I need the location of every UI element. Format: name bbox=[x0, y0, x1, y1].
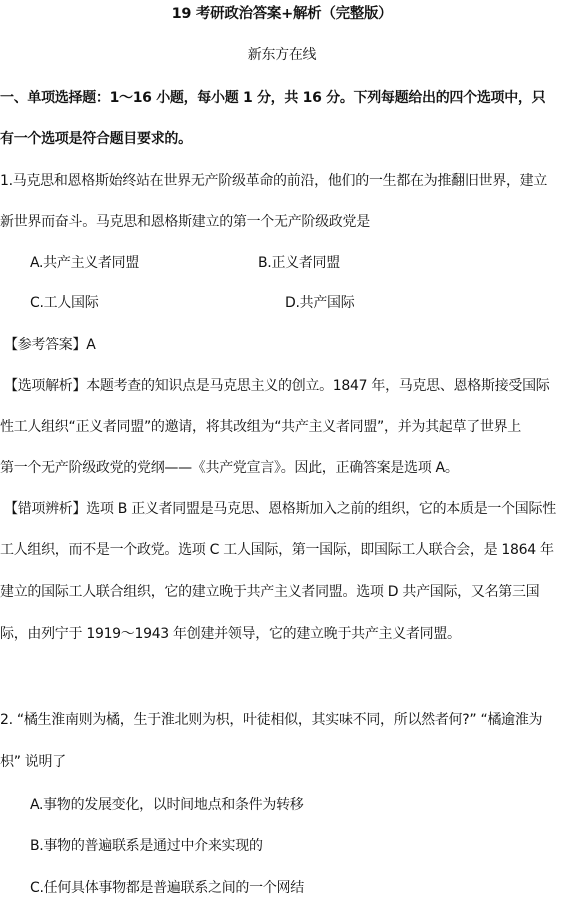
question-1-analysis-line-3: 第一个无产阶级政党的党纲——《共产党宣言》。因此，正确答案是选项 A。 bbox=[0, 459, 459, 477]
document-source: 新东方在线 bbox=[0, 46, 564, 64]
question-2-option-b: B.事物的普遍联系是通过中介来实现的 bbox=[30, 837, 263, 855]
question-2-option-a: A.事物的发展变化，以时间地点和条件为转移 bbox=[30, 796, 303, 814]
question-1-option-b: B.正义者同盟 bbox=[258, 254, 340, 272]
question-1-answer: 【参考答案】A bbox=[4, 336, 95, 354]
question-2-option-c: C.任何具体事物都是普遍联系之间的一个网结 bbox=[30, 879, 304, 897]
question-1-wrong-analysis-line-1: 【错项辨析】选项 B 正义者同盟是马克思、恩格斯加入之前的组织，它的本质是一个国… bbox=[4, 500, 556, 518]
question-1-wrong-analysis-line-2: 工人组织，而不是一个政党。选项 C 工人国际，第一国际，即国际工人联合会，是 1… bbox=[0, 541, 554, 559]
question-1-analysis-line-2: 性工人组织“正义者同盟”的邀请，将其改组为“共产主义者同盟”，并为其起草了世界上 bbox=[0, 418, 521, 436]
question-1-wrong-analysis-line-4: 际，由列宁于 1919～1943 年创建并领导，它的建立晚于共产主义者同盟。 bbox=[0, 625, 461, 643]
question-1-wrong-analysis-line-3: 建立的国际工人联合组织，它的建立晚于共产主义者同盟。选项 D 共产国际，又名第三… bbox=[0, 583, 539, 601]
question-1-stem-line-2: 新世界而奋斗。马克思和恩格斯建立的第一个无产阶级政党是 bbox=[0, 213, 370, 231]
question-2-stem-line-1: 2. “橘生淮南则为橘，生于淮北则为枳，叶徒相似，其实味不同，所以然者何?” “… bbox=[0, 711, 542, 729]
section-heading-line-2: 有一个选项是符合题目要求的。 bbox=[0, 130, 192, 148]
question-1-option-a: A.共产主义者同盟 bbox=[30, 254, 139, 272]
question-1-option-c: C.工人国际 bbox=[30, 294, 98, 312]
document-title: 19 考研政治答案+解析（完整版） bbox=[0, 5, 564, 23]
question-2-stem-line-2: 枳” 说明了 bbox=[0, 753, 66, 771]
section-heading-line-1: 一、单项选择题：1～16 小题，每小题 1 分，共 16 分。下列每题给出的四个… bbox=[0, 89, 545, 107]
question-1-stem-line-1: 1.马克思和恩格斯始终站在世界无产阶级革命的前沿，他们的一生都在为推翻旧世界，建… bbox=[0, 172, 547, 190]
question-1-analysis-line-1: 【选项解析】本题考查的知识点是马克思主义的创立。1847 年，马克思、恩格斯接受… bbox=[4, 377, 549, 395]
question-1-option-d: D.共产国际 bbox=[285, 294, 354, 312]
